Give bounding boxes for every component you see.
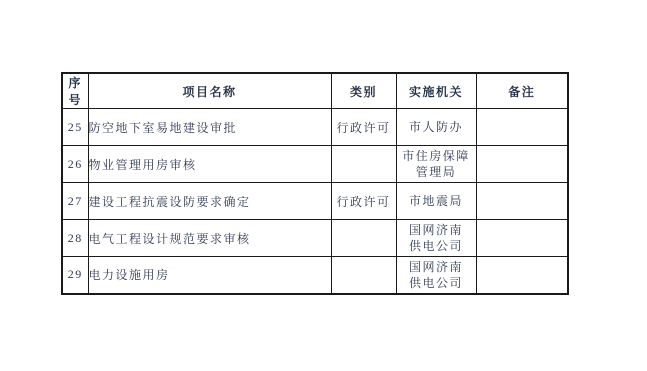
- cell-implementing-agency: 国网济南 供电公司: [396, 220, 476, 257]
- cell-remarks: [476, 257, 568, 294]
- cell-serial-number: 26: [62, 146, 88, 183]
- cell-project-name: 电气工程设计规范要求审核: [88, 220, 331, 257]
- cell-project-name: 电力设施用房: [88, 257, 331, 294]
- table-row: 25 防空地下室易地建设审批 行政许可 市人防办: [62, 109, 568, 146]
- header-row: 序号 项目名称 类别 实施机关 备注: [62, 73, 568, 109]
- table-body: 25 防空地下室易地建设审批 行政许可 市人防办 26 物业管理用房审核 市住房…: [62, 109, 568, 294]
- document-page: { "colors": { "ink": "#2e3a52", "header_…: [0, 0, 647, 371]
- header-serial-number: 序号: [62, 73, 88, 109]
- cell-remarks: [476, 109, 568, 146]
- cell-implementing-agency: 市人防办: [396, 109, 476, 146]
- cell-project-name: 建设工程抗震设防要求确定: [88, 183, 331, 220]
- table-row: 26 物业管理用房审核 市住房保障 管理局: [62, 146, 568, 183]
- table-header: 序号 项目名称 类别 实施机关 备注: [62, 73, 568, 109]
- cell-implementing-agency: 国网济南 供电公司: [396, 257, 476, 294]
- table-row: 27 建设工程抗震设防要求确定 行政许可 市地震局: [62, 183, 568, 220]
- cell-remarks: [476, 146, 568, 183]
- cell-project-name: 防空地下室易地建设审批: [88, 109, 331, 146]
- cell-serial-number: 27: [62, 183, 88, 220]
- cell-category: 行政许可: [331, 109, 396, 146]
- cell-implementing-agency: 市地震局: [396, 183, 476, 220]
- cell-serial-number: 25: [62, 109, 88, 146]
- header-implementing-agency: 实施机关: [396, 73, 476, 109]
- header-category: 类别: [331, 73, 396, 109]
- cell-remarks: [476, 220, 568, 257]
- cell-serial-number: 29: [62, 257, 88, 294]
- cell-category: 行政许可: [331, 183, 396, 220]
- table-row: 29 电力设施用房 国网济南 供电公司: [62, 257, 568, 294]
- cell-project-name: 物业管理用房审核: [88, 146, 331, 183]
- cell-category: [331, 146, 396, 183]
- header-project-name: 项目名称: [88, 73, 331, 109]
- cell-category: [331, 257, 396, 294]
- table-row: 28 电气工程设计规范要求审核 国网济南 供电公司: [62, 220, 568, 257]
- cell-remarks: [476, 183, 568, 220]
- cell-implementing-agency: 市住房保障 管理局: [396, 146, 476, 183]
- cell-serial-number: 28: [62, 220, 88, 257]
- cell-category: [331, 220, 396, 257]
- approval-items-table: 序号 项目名称 类别 实施机关 备注 25 防空地下室易地建设审批 行政许可 市…: [61, 72, 569, 295]
- header-remarks: 备注: [476, 73, 568, 109]
